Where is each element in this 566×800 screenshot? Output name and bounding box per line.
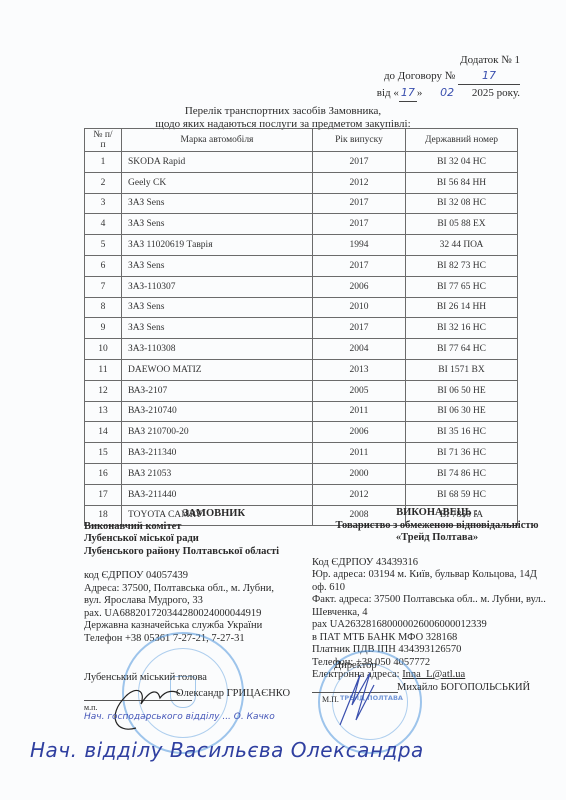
cell-year: 2013 <box>313 359 406 380</box>
cell-brand: ЗАЗ-110308 <box>122 339 313 360</box>
col-header-number: № п/п <box>85 129 122 152</box>
cell-year: 2017 <box>313 255 406 276</box>
table-row: 16ВАЗ 210532000BI 74 86 HC <box>85 463 518 484</box>
cell-number: 17 <box>85 484 122 505</box>
cell-year: 2017 <box>313 193 406 214</box>
cell-year: 2000 <box>313 463 406 484</box>
table-row: 13ВАЗ-2107402011BI 06 30 HE <box>85 401 518 422</box>
customer-edrpou: код ЄДРПОУ 04057439 <box>84 570 304 583</box>
date-month: 02 <box>425 85 469 101</box>
col-header-brand: Марка автомобіля <box>122 129 313 152</box>
cell-number: 9 <box>85 318 122 339</box>
cell-number: 13 <box>85 401 122 422</box>
table-row: 17ВАЗ-2114402012BI 68 59 HC <box>85 484 518 505</box>
cell-brand: ЗАЗ Sens <box>122 214 313 235</box>
cell-brand: DAEWOO MATIZ <box>122 359 313 380</box>
customer-account: рах. UA688201720344280024000044919 <box>84 608 304 621</box>
vehicle-table: № п/п Марка автомобіля Рік випуску Держа… <box>84 128 518 526</box>
table-row: 6ЗАЗ Sens2017BI 82 73 HC <box>85 255 518 276</box>
cell-brand: ВАЗ-210740 <box>122 401 313 422</box>
cell-plate: BI 05 88 EX <box>406 214 518 235</box>
customer-address-1: Адреса: 37500, Полтавська обл., м. Лубни… <box>84 583 304 596</box>
executor-actual-address-1: Факт. адреса: 37500 Полтавська обл.. м. … <box>312 594 562 607</box>
cell-plate: BI 35 16 HC <box>406 422 518 443</box>
cell-year: 2011 <box>313 443 406 464</box>
cell-plate: BI 74 86 HC <box>406 463 518 484</box>
table-row: 10ЗАЗ-1103082004BI 77 64 HC <box>85 339 518 360</box>
cell-brand: ЗАЗ Sens <box>122 255 313 276</box>
executor-heading: ВИКОНАВЕЦЬ : <box>312 507 562 520</box>
table-row: 11DAEWOO MATIZ2013BI 1571 BX <box>85 359 518 380</box>
footer-handwritten-note: Нач. відділу Васильєва Олександра <box>30 738 424 762</box>
date-day: 17 <box>399 85 417 102</box>
appendix-header: Додаток № 1 до Договору № 17 від «17» 02… <box>377 52 520 102</box>
customer-handwritten-note: Нач. господарського відділу ... О. Качко <box>84 712 275 722</box>
customer-signer: Олександр ГРИЦАЄНКО <box>176 688 290 701</box>
table-row: 9ЗАЗ Sens2017BI 32 16 HC <box>85 318 518 339</box>
customer-name-1: Виконавчий комітет <box>84 521 304 534</box>
vehicle-table-body: 1SKODA Rapid2017BI 32 04 HC2Geely CK2012… <box>85 152 518 526</box>
cell-brand: ВАЗ-2107 <box>122 380 313 401</box>
cell-plate: BI 32 08 HC <box>406 193 518 214</box>
cell-plate: BI 06 50 HE <box>406 380 518 401</box>
col-header-year: Рік випуску <box>313 129 406 152</box>
cell-plate: BI 26 14 HH <box>406 297 518 318</box>
contract-reference: до Договору № 17 <box>377 68 520 85</box>
cell-year: 2012 <box>313 484 406 505</box>
cell-plate: BI 56 84 HH <box>406 172 518 193</box>
cell-year: 2006 <box>313 422 406 443</box>
table-row: 14ВАЗ 210700-202006BI 35 16 HC <box>85 422 518 443</box>
cell-year: 2005 <box>313 380 406 401</box>
cell-number: 3 <box>85 193 122 214</box>
cell-number: 15 <box>85 443 122 464</box>
cell-plate: BI 77 64 HC <box>406 339 518 360</box>
cell-plate: BI 32 04 HC <box>406 152 518 173</box>
table-header-row: № п/п Марка автомобіля Рік випуску Держа… <box>85 129 518 152</box>
cell-plate: BI 06 30 HE <box>406 401 518 422</box>
table-row: 7ЗАЗ-1103072006BI 77 65 HC <box>85 276 518 297</box>
cell-number: 6 <box>85 255 122 276</box>
cell-brand: ЗАЗ-110307 <box>122 276 313 297</box>
cell-year: 2011 <box>313 401 406 422</box>
contract-number: 17 <box>458 68 520 85</box>
cell-number: 10 <box>85 339 122 360</box>
table-row: 3ЗАЗ Sens2017BI 32 08 HC <box>85 193 518 214</box>
cell-brand: ВАЗ 210700-20 <box>122 422 313 443</box>
cell-number: 2 <box>85 172 122 193</box>
customer-heading: ЗАМОВНИК <box>84 508 304 521</box>
customer-block: ЗАМОВНИК Виконавчий комітет Лубенської м… <box>84 508 304 645</box>
cell-plate: 32 44 ПОА <box>406 235 518 256</box>
executor-name-1: Товариство з обмеженою відповідальністю <box>312 520 562 533</box>
cell-brand: ЗАЗ 11020619 Таврія <box>122 235 313 256</box>
cell-brand: Geely CK <box>122 172 313 193</box>
appendix-label: Додаток № 1 <box>377 52 520 68</box>
cell-number: 1 <box>85 152 122 173</box>
cell-number: 12 <box>85 380 122 401</box>
executor-name-2: «Трейд Полтава» <box>312 532 562 545</box>
table-row: 2Geely CK2012BI 56 84 HH <box>85 172 518 193</box>
cell-plate: BI 82 73 HC <box>406 255 518 276</box>
cell-brand: ВАЗ-211340 <box>122 443 313 464</box>
cell-brand: ЗАЗ Sens <box>122 318 313 339</box>
customer-name-2: Лубенської міської ради <box>84 533 304 546</box>
cell-year: 2010 <box>313 297 406 318</box>
customer-name-3: Лубенського району Полтавської області <box>84 546 304 559</box>
cell-number: 16 <box>85 463 122 484</box>
executor-legal-address-2: оф. 610 <box>312 582 562 595</box>
cell-plate: BI 68 59 HC <box>406 484 518 505</box>
cell-brand: ВАЗ 21053 <box>122 463 313 484</box>
executor-edrpou: Код ЄДРПОУ 43439316 <box>312 557 562 570</box>
table-row: 5ЗАЗ 11020619 Таврія199432 44 ПОА <box>85 235 518 256</box>
cell-plate: BI 71 36 HC <box>406 443 518 464</box>
table-row: 4ЗАЗ Sens2017BI 05 88 EX <box>85 214 518 235</box>
executor-bank: в ПАТ МТБ БАНК МФО 328168 <box>312 632 562 645</box>
cell-year: 2017 <box>313 214 406 235</box>
col-header-plate: Державний номер <box>406 129 518 152</box>
executor-signer: Михайло БОГОПОЛЬСЬКИЙ <box>397 682 530 695</box>
cell-year: 2017 <box>313 318 406 339</box>
cell-plate: BI 1571 BX <box>406 359 518 380</box>
cell-number: 5 <box>85 235 122 256</box>
cell-number: 8 <box>85 297 122 318</box>
contract-date: від «17» 02 2025 року. <box>377 85 520 102</box>
cell-year: 2004 <box>313 339 406 360</box>
table-row: 1SKODA Rapid2017BI 32 04 HC <box>85 152 518 173</box>
cell-plate: BI 32 16 HC <box>406 318 518 339</box>
cell-year: 1994 <box>313 235 406 256</box>
table-row: 15ВАЗ-2113402011BI 71 36 HC <box>85 443 518 464</box>
cell-year: 2006 <box>313 276 406 297</box>
cell-number: 14 <box>85 422 122 443</box>
customer-address-2: вул. Ярослава Мудрого, 33 <box>84 595 304 608</box>
cell-brand: ЗАЗ Sens <box>122 297 313 318</box>
cell-number: 4 <box>85 214 122 235</box>
executor-account: рах UA263281680000026006000012339 <box>312 619 562 632</box>
executor-actual-address-2: Шевченка, 4 <box>312 607 562 620</box>
table-row: 12ВАЗ-21072005BI 06 50 HE <box>85 380 518 401</box>
cell-number: 11 <box>85 359 122 380</box>
cell-brand: ЗАЗ Sens <box>122 193 313 214</box>
executor-legal-address-1: Юр. адреса: 03194 м. Київ, бульвар Кольц… <box>312 569 562 582</box>
table-row: 8ЗАЗ Sens2010BI 26 14 HH <box>85 297 518 318</box>
customer-bank: Державна казначейська служба України <box>84 620 304 633</box>
cell-brand: SKODA Rapid <box>122 152 313 173</box>
cell-year: 2017 <box>313 152 406 173</box>
executor-signature-icon <box>330 665 380 735</box>
cell-plate: BI 77 65 HC <box>406 276 518 297</box>
cell-number: 7 <box>85 276 122 297</box>
cell-brand: ВАЗ-211440 <box>122 484 313 505</box>
customer-signature-icon <box>96 676 186 736</box>
cell-year: 2012 <box>313 172 406 193</box>
